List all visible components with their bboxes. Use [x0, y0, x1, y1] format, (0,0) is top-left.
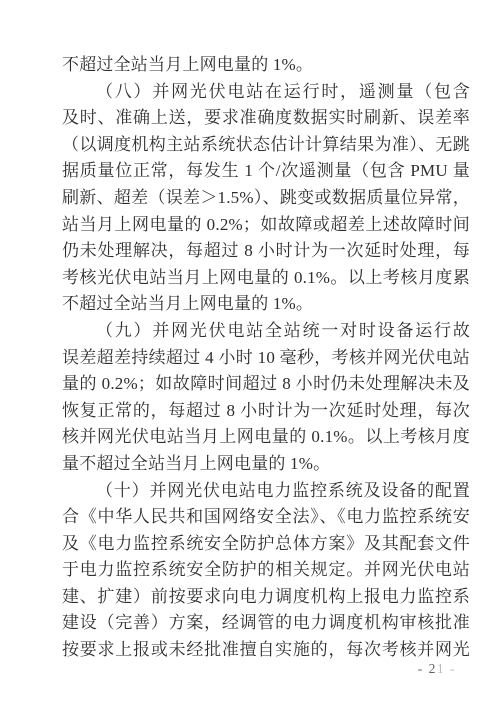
text-line: 建、扩建）前按要求向电力调度机构上报电力监控系统安全防护: [62, 584, 470, 611]
page-number: - 21 -: [418, 661, 456, 677]
text-line: 按要求上报或未经批准擅自实施的，每次考核并网光伏电站当月: [62, 637, 470, 664]
text-line: 量不超过全站当月上网电量的 1%。: [62, 451, 470, 478]
page-number-visible: - 2: [418, 661, 437, 676]
text-line: 恢复正常的，每超过 8 小时计为一次延时处理，每次延时处理考: [62, 398, 470, 425]
text-line: 仍未处理解决，每超过 8 小时计为一次延时处理，每次延时处理: [62, 238, 470, 265]
document-page: 不超过全站当月上网电量的 1%。 （八）并网光伏电站在运行时，遥测量（包含 PM…: [0, 0, 500, 707]
text-line: （十）并网光伏电站电力监控系统及设备的配置和运行应符: [62, 478, 470, 505]
text-line: 于电力监控系统安全防护的相关规定。并网光伏电站应在基建（改: [62, 557, 470, 584]
page-number-faint: 1 -: [437, 661, 456, 676]
text-line: 站当月上网电量的 0.2%；如故障或超差上述故障时间超过 8 小时: [62, 212, 470, 239]
text-line: 建设（完善）方案，经调管的电力调度机构审核批准后实施，未: [62, 610, 470, 637]
text-line: 不超过全站当月上网电量的 1%。: [62, 52, 470, 79]
text-line: 误差超差持续超过 4 小时 10 毫秒，考核并网光伏电站当月上网电: [62, 345, 470, 372]
text-line: 合《中华人民共和国网络安全法》、《电力监控系统安全防护规定》: [62, 504, 470, 531]
text-line: 据质量位正常，每发生 1 个/次遥测量（包含 PMU 量测）数据不: [62, 158, 470, 185]
body-text: 不超过全站当月上网电量的 1%。 （八）并网光伏电站在运行时，遥测量（包含 PM…: [62, 52, 470, 664]
text-line: 及《电力监控系统安全防护总体方案》及其配套文件等文件中关: [62, 531, 470, 558]
text-line: 及时、准确上送，要求准确度数据实时刷新、误差率要求≤1.5%: [62, 105, 470, 132]
text-line: 量的 0.2%；如故障时间超过 8 小时仍未处理解决未及时排除故障: [62, 371, 470, 398]
text-line: （以调度机构主站系统状态估计计算结果为准）、无跳变点，且数: [62, 132, 470, 159]
text-line: 不超过全站当月上网电量的 1%。: [62, 291, 470, 318]
text-line: （九）并网光伏电站全站统一对时设备运行故障、导致对时: [62, 318, 470, 345]
text-line: （八）并网光伏电站在运行时，遥测量（包含 PMU 量测)应: [62, 79, 470, 106]
text-line: 刷新、超差（误差＞1.5%）、跳变或数据质量位异常，考核光伏电: [62, 185, 470, 212]
text-line: 考核光伏电站当月上网电量的 0.1%。以上考核月度累计考核电量: [62, 265, 470, 292]
text-line: 核并网光伏电站当月上网电量的 0.1%。以上考核月度累计考核电: [62, 424, 470, 451]
